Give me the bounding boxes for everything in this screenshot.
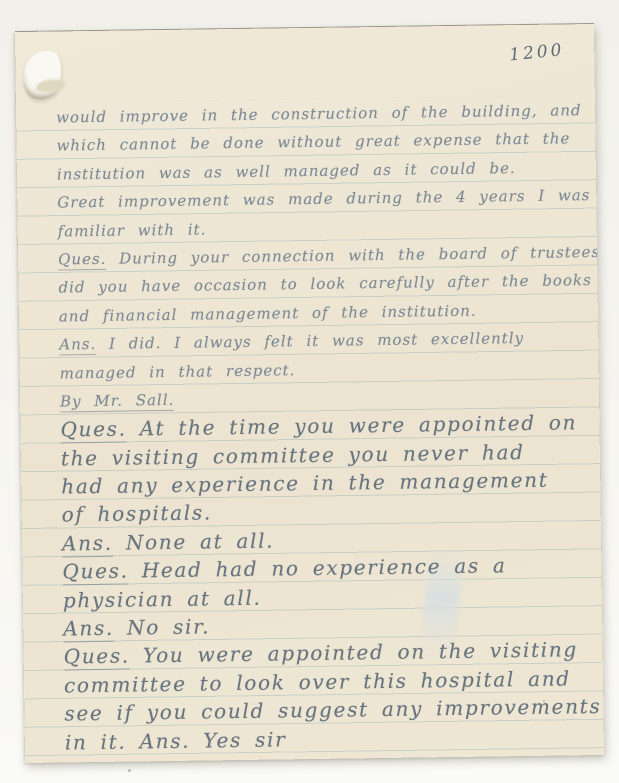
line-text: I did. I always felt it was most excelle… bbox=[96, 329, 524, 353]
line-text: physician at all. bbox=[63, 585, 262, 612]
line-text: the visiting committee you never had bbox=[61, 440, 525, 470]
dust-speck bbox=[543, 700, 545, 702]
line-text: familiar with it. bbox=[58, 220, 207, 240]
manuscript-paper: 1200 would improve in the construction o… bbox=[15, 24, 604, 763]
line-text: in it. Ans. Yes sir bbox=[65, 727, 287, 754]
line-text: You were appointed on the visiting bbox=[130, 638, 578, 668]
line-text: and financial management of the institut… bbox=[59, 301, 477, 325]
page-number: 1200 bbox=[508, 40, 565, 65]
line-text: institution was as well managed as it co… bbox=[57, 159, 516, 183]
line-text: Great improvement was made during the 4 … bbox=[57, 186, 590, 211]
line-text: see if you could suggest any improvement… bbox=[64, 694, 601, 725]
line-text: which cannot be done without great expen… bbox=[56, 130, 570, 155]
line-text: Head had no experience as a bbox=[129, 554, 507, 583]
line-prefix: Ans. bbox=[63, 616, 114, 643]
line-text: At the time you were appointed on bbox=[127, 411, 578, 441]
dust-speck bbox=[128, 769, 131, 772]
line-prefix: By Mr. Sall. bbox=[60, 391, 175, 413]
line-prefix: Ques. bbox=[63, 644, 130, 671]
line-prefix: Ans. bbox=[62, 531, 113, 558]
line-text: No sir. bbox=[114, 614, 211, 639]
manuscript-text: would improve in the construction of the… bbox=[56, 96, 595, 756]
line-text: of hospitals. bbox=[62, 501, 213, 527]
line-text: During your connection with the board of… bbox=[106, 243, 600, 268]
line-text: managed in that respect. bbox=[60, 361, 296, 382]
line-text: None at all. bbox=[113, 528, 275, 554]
line-prefix: Ques. bbox=[60, 417, 127, 444]
line-text: had any experience in the management bbox=[61, 468, 549, 499]
line-text: committee to look over this hospital and bbox=[64, 666, 571, 697]
line-prefix: Ques. bbox=[62, 559, 129, 586]
line-text: would improve in the construction of the… bbox=[56, 101, 582, 126]
paper-tear bbox=[18, 46, 66, 103]
line-prefix: Ques. bbox=[58, 250, 107, 271]
line-text: did you have occasion to look carefully … bbox=[58, 271, 591, 296]
line-prefix: Ans. bbox=[59, 335, 96, 356]
scanned-document: 1200 would improve in the construction o… bbox=[0, 0, 619, 783]
